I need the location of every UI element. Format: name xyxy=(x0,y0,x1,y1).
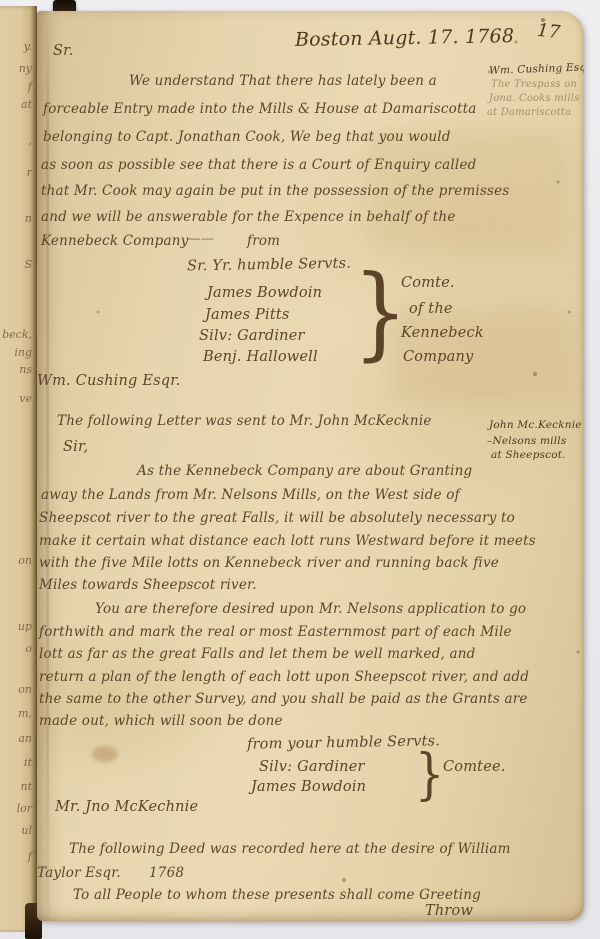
ink-stain xyxy=(92,746,118,762)
letter-line: away the Lands from Mr. Nelsons Mills, o… xyxy=(41,487,460,503)
salutation: Sir, xyxy=(63,439,88,455)
dateline: Boston Augt. 17. 1768 xyxy=(295,25,515,51)
margin-note-line: The Trespass on xyxy=(491,79,577,90)
letter-line: that Mr. Cook may again be put in the po… xyxy=(41,183,510,199)
flourish: —— xyxy=(187,231,214,247)
page-number: 17 xyxy=(536,20,561,43)
letter-line: return a plan of the length of each lott… xyxy=(39,669,529,685)
signature: James Bowdoin xyxy=(251,779,366,795)
committee-line: Comte. xyxy=(401,275,455,291)
signature: Silv: Gardiner xyxy=(259,759,365,775)
closing-line: from your humble Servts. xyxy=(247,733,440,752)
committee-line: of the xyxy=(409,301,453,317)
paper-specks xyxy=(37,11,39,13)
facing-page-edge: y. ny f at , r n S beck, ing ns ve on up… xyxy=(0,6,37,932)
letter-line: from xyxy=(247,233,280,249)
signature-brace: } xyxy=(353,254,408,372)
margin-note-line: John Mc.Kecknie xyxy=(489,419,582,431)
edge-text-fragment: m, xyxy=(18,707,32,720)
edge-text-fragment: lor xyxy=(17,802,32,815)
margin-note-line: –Nelsons mills xyxy=(487,435,566,447)
committee-line: Kennebeck xyxy=(401,325,484,341)
salutation: Sr. xyxy=(53,43,73,59)
edge-text-fragment: r xyxy=(27,166,32,179)
deed-line: To all People to whom these presents sha… xyxy=(73,887,481,903)
signature: James Pitts xyxy=(205,307,290,323)
edge-text-fragment: n xyxy=(25,212,32,225)
manuscript-scan: { "header": { "place_date": "Boston Augt… xyxy=(0,0,600,939)
edge-text-fragment: ns xyxy=(19,363,32,376)
edge-text-fragment: beck, xyxy=(2,328,32,341)
letter-line: forceable Entry made into the Mills & Ho… xyxy=(43,101,476,117)
margin-note-line: Wm. Cushing Esqr. xyxy=(489,61,584,77)
signature: James Bowdoin xyxy=(207,285,322,301)
edge-text-fragment: ing xyxy=(14,346,32,359)
letter-line: belonging to Capt. Jonathan Cook, We beg… xyxy=(43,129,451,145)
margin-note-line: at Sheepscot. xyxy=(491,449,566,461)
deed-line: The following Deed was recorded here at … xyxy=(69,841,511,857)
edge-text-fragment: up xyxy=(18,620,32,633)
letter-line: the same to the other Survey, and you sh… xyxy=(39,691,528,707)
letter-line: with the five Mile lotts on Kennebeck ri… xyxy=(39,555,499,571)
addressee: Wm. Cushing Esqr. xyxy=(37,373,181,389)
letter-line: forthwith and mark the real or most East… xyxy=(39,624,512,640)
edge-text-fragment: it xyxy=(24,756,32,769)
edge-text-fragment: nt xyxy=(20,780,32,793)
edge-text-fragment: S xyxy=(24,258,32,271)
deed-year: 1768 xyxy=(149,865,184,881)
record-heading: The following Letter was sent to Mr. Joh… xyxy=(57,413,432,429)
signature-brace: } xyxy=(415,742,444,807)
letter-line: You are therefore desired upon Mr. Nelso… xyxy=(95,601,526,617)
deed-line: Taylor Esqr. xyxy=(37,865,121,881)
letter-line: make it certain what distance each lott … xyxy=(39,533,536,549)
margin-note-line: Jona. Cooks mills xyxy=(489,93,579,104)
edge-text-fragment: ny xyxy=(19,62,32,75)
letter-line: We understand That there has lately been… xyxy=(129,73,437,89)
letter-line: and we will be answerable for the Expenc… xyxy=(41,209,456,225)
closing-line: Sr. Yr. humble Servts. xyxy=(187,256,351,275)
edge-text-fragment: on xyxy=(18,683,32,696)
signature: Benj. Hallowell xyxy=(203,349,318,365)
edge-text-fragment: o xyxy=(25,642,32,655)
committee-label: Comtee. xyxy=(443,759,506,775)
edge-text-fragment: on xyxy=(18,554,32,567)
committee-line: Company xyxy=(403,349,473,365)
catchword: Throw xyxy=(425,903,473,919)
letter-line: as soon as possible see that there is a … xyxy=(41,157,476,173)
margin-note-line: at Damariscotta xyxy=(487,107,571,118)
letter-line: Kennebeck Company xyxy=(41,233,188,249)
edge-text-fragment: , xyxy=(29,134,33,147)
letter-line: Sheepscot river to the great Falls, it w… xyxy=(39,510,515,526)
edge-text-fragment: ve xyxy=(19,392,32,405)
letter-line: Miles towards Sheepscot river. xyxy=(39,577,257,593)
edge-text-fragment: f xyxy=(28,80,32,93)
addressee: Mr. Jno McKechnie xyxy=(55,799,198,815)
edge-text-fragment: an xyxy=(18,732,32,745)
letter-line: made out, which will soon be done xyxy=(39,713,283,729)
manuscript-page: Boston Augt. 17. 1768 17 Wm. Cushing Esq… xyxy=(37,11,584,921)
letter-line: lott as far as the great Falls and let t… xyxy=(39,646,476,662)
letter-line: As the Kennebeck Company are about Grant… xyxy=(137,463,472,479)
signature: Silv: Gardiner xyxy=(199,328,305,344)
edge-text-fragment: f xyxy=(28,850,32,863)
paper-crease xyxy=(46,11,49,921)
edge-text-fragment: y. xyxy=(24,40,32,53)
edge-text-fragment: ul xyxy=(21,824,32,837)
edge-text-fragment: at xyxy=(21,98,32,111)
